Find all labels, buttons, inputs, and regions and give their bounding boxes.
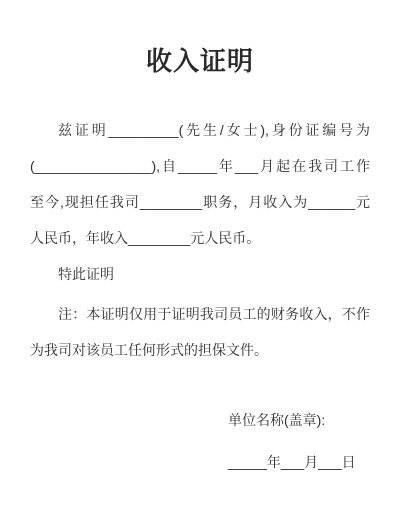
note-line-1: 注：本证明仅用于证明我司员工的财务收入，不作	[30, 296, 370, 332]
certify-statement-line-1: 兹证明_________(先生/女士),身份证编号为	[30, 112, 370, 148]
certify-statement-line-3: 至今,现担任我司________职务，月收入为______元	[30, 184, 370, 220]
document-title: 收入证明	[0, 0, 400, 76]
document-body: 兹证明_________(先生/女士),身份证编号为 (____________…	[30, 112, 370, 368]
income-certificate-document: 收入证明 兹证明_________(先生/女士),身份证编号为 (_______…	[0, 0, 400, 509]
unit-name-seal-label: 单位名称(盖章):	[228, 399, 400, 441]
certify-statement-line-2: (_______________),自_____年___月起在我司工作	[30, 148, 370, 184]
note-line-2: 为我司对该员工任何形式的担保文件。	[30, 332, 370, 368]
certify-statement-line-4: 人民币，年收入________元人民币。	[30, 220, 370, 256]
signature-block: 单位名称(盖章): _____年___月___日	[228, 399, 400, 483]
closing-statement: 特此证明	[30, 256, 370, 292]
date-blank-line: _____年___月___日	[228, 441, 400, 483]
